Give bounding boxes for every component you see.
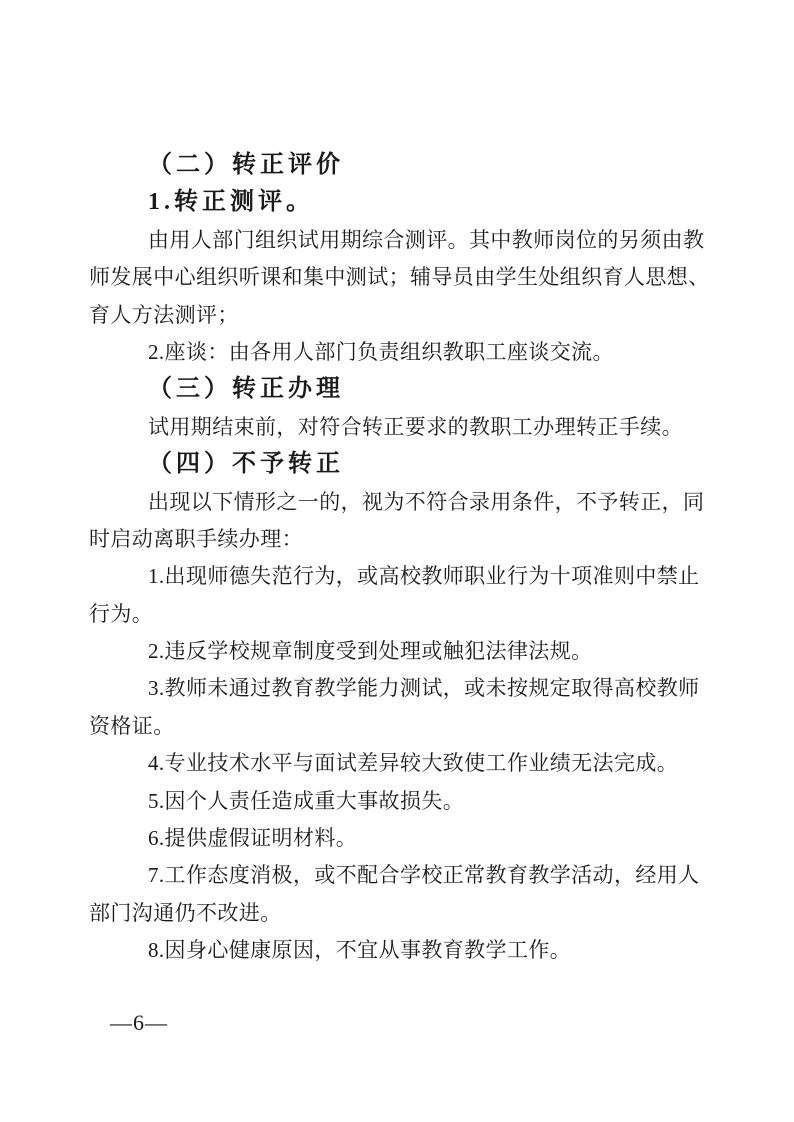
doc-line: 部门沟通仍不改进。 (89, 895, 717, 932)
doc-line: 4.专业技术水平与面试差异较大致使工作业绩无法完成。 (89, 745, 717, 782)
doc-line: 3.教师未通过教育教学能力测试，或未按规定取得高校教师 (89, 670, 717, 707)
doc-line: 6.提供虚假证明材料。 (89, 820, 717, 857)
doc-line: 时启动离职手续办理： (89, 521, 717, 558)
text-block: （二）转正评价 1.转正测评。 由用人部门组织试用期综合测评。其中教师岗位的另须… (89, 147, 717, 970)
section-heading: （三）转正办理 (89, 371, 717, 408)
doc-line: 育人方法测评； (89, 297, 717, 334)
section-heading: （四）不予转正 (89, 446, 717, 483)
doc-line: 试用期结束前，对符合转正要求的教职工办理转正手续。 (89, 409, 717, 446)
sub-heading: 1.转正测评。 (89, 184, 717, 221)
section-heading: （二）转正评价 (89, 147, 717, 184)
doc-line: 5.因个人责任造成重大事故损失。 (89, 783, 717, 820)
doc-line: 2.座谈：由各用人部门负责组织教职工座谈交流。 (89, 334, 717, 371)
doc-line: 7.工作态度消极，或不配合学校正常教育教学活动，经用人 (89, 857, 717, 894)
doc-line: 师发展中心组织听课和集中测试；辅导员由学生处组织育人思想、 (89, 259, 717, 296)
doc-line: 8.因身心健康原因，不宜从事教育教学工作。 (89, 932, 717, 969)
document-page: （二）转正评价 1.转正测评。 由用人部门组织试用期综合测评。其中教师岗位的另须… (0, 0, 794, 1122)
doc-line: 资格证。 (89, 708, 717, 745)
doc-line: 2.违反学校规章制度受到处理或触犯法律法规。 (89, 633, 717, 670)
doc-line: 出现以下情形之一的，视为不符合录用条件，不予转正，同 (89, 484, 717, 521)
doc-line: 由用人部门组织试用期综合测评。其中教师岗位的另须由教 (89, 222, 717, 259)
page-number: —6— (110, 1010, 168, 1035)
page-footer: —6— (110, 1008, 168, 1038)
doc-line: 行为。 (89, 596, 717, 633)
doc-line: 1.出现师德失范行为，或高校教师职业行为十项准则中禁止 (89, 558, 717, 595)
